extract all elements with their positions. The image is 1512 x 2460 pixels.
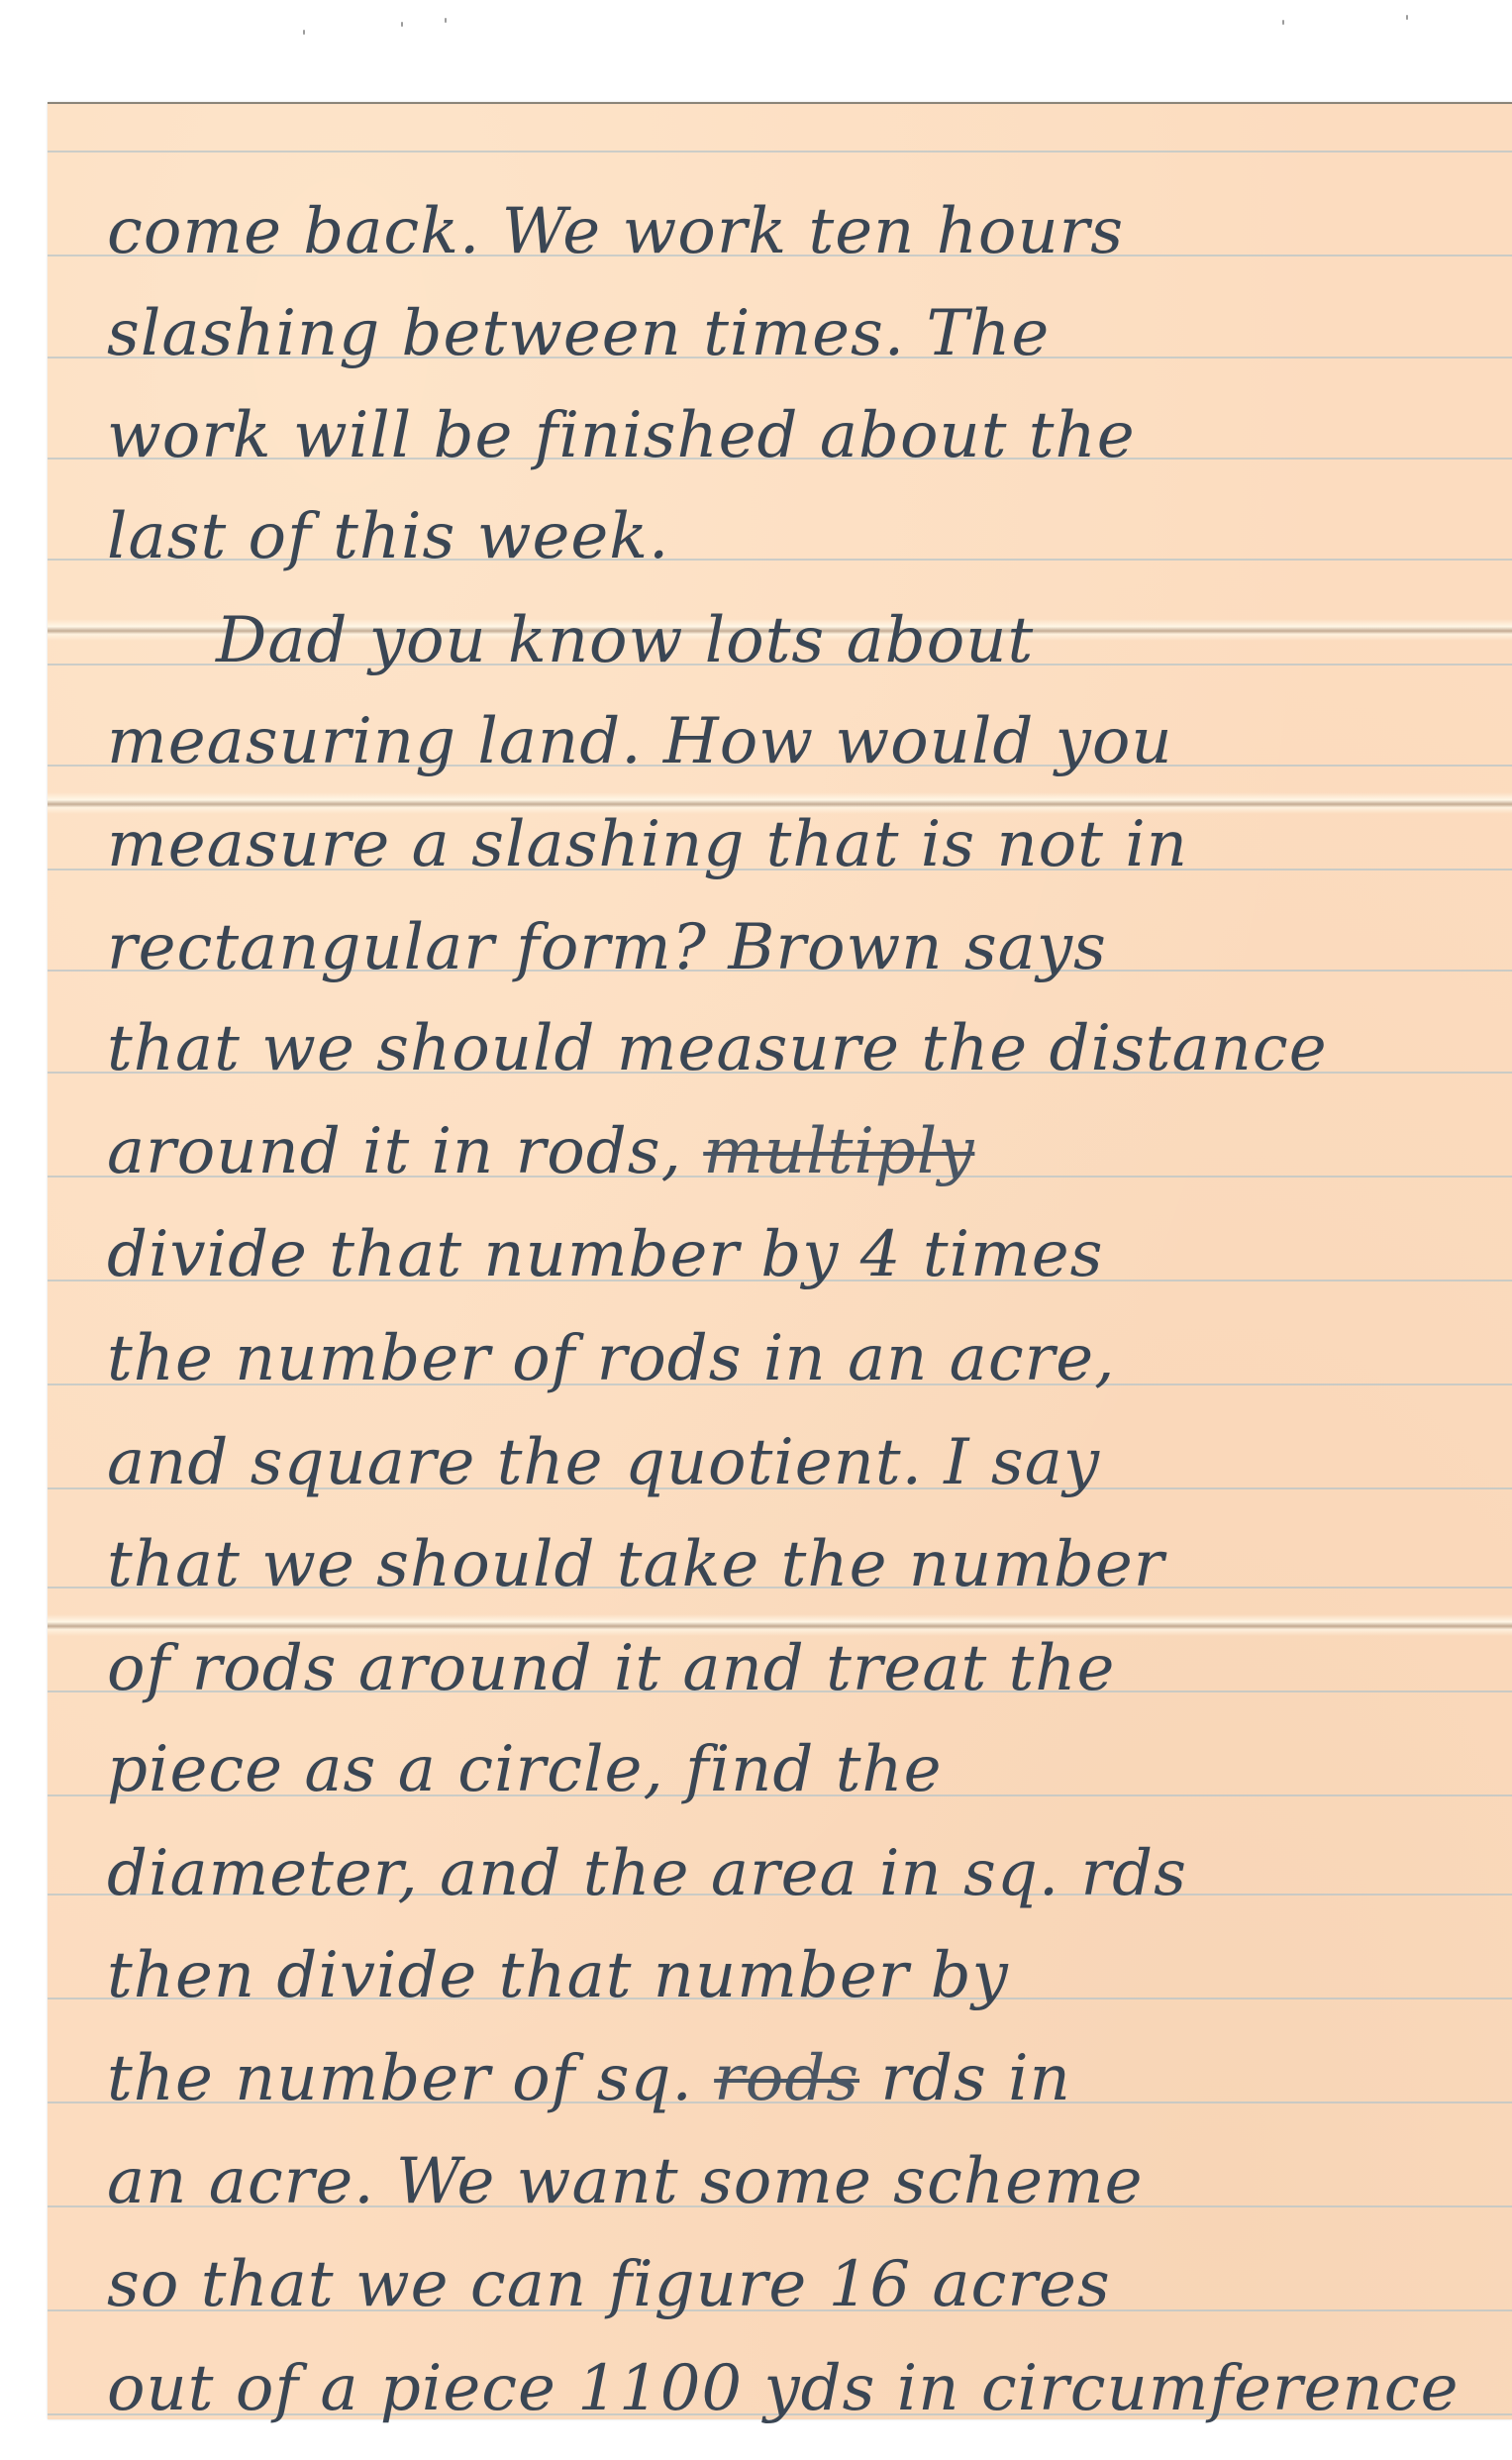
text-line: last of this week. [107, 505, 669, 568]
ruled-line [48, 151, 1512, 153]
text-segment: the number of sq. [107, 2042, 693, 2115]
scan-background-specks [0, 0, 1512, 99]
text-line: then divide that number by [107, 1944, 1009, 2007]
text-segment: around it in rods, [107, 1115, 682, 1188]
text-line: rectangular form? Brown says [107, 916, 1107, 979]
text-line: measuring land. How would you [107, 710, 1173, 773]
text-line: so that we can figure 16 acres [107, 2253, 1111, 2316]
text-line: the number of rods in an acre, [107, 1327, 1115, 1390]
text-line: that we should measure the distance [107, 1017, 1328, 1080]
struck-word: rods [714, 2042, 859, 2115]
text-line: piece as a circle, find the [107, 1738, 943, 1801]
text-line: the number of sq. rods rds in [107, 2047, 1071, 2110]
speck [1406, 15, 1408, 20]
text-line: Dad you know lots about [107, 609, 1034, 672]
text-line: out of a piece 1100 yds in circumference [107, 2357, 1459, 2420]
speck [445, 18, 447, 23]
struck-word: multiply [703, 1115, 974, 1188]
text-line: slashing between times. The [107, 302, 1050, 365]
text-line: of rods around it and treat the [107, 1637, 1115, 1700]
speck [401, 22, 403, 27]
speck [303, 30, 305, 35]
text-line: divide that number by 4 times [107, 1223, 1103, 1286]
text-segment: rds in [880, 2042, 1070, 2115]
speck [1282, 20, 1284, 25]
text-line: measure a slashing that is not in [107, 813, 1188, 876]
text-line: work will be finished about the [107, 404, 1136, 467]
text-line: and square the quotient. I say [107, 1431, 1100, 1494]
text-line: diameter, and the area in sq. rds [107, 1842, 1187, 1905]
letter-page: come back. We work ten hours slashing be… [48, 102, 1512, 2419]
text-line: come back. We work ten hours [107, 200, 1124, 263]
text-line: that we should take the number [107, 1533, 1164, 1596]
text-line: an acre. We want some scheme [107, 2150, 1144, 2213]
text-line: around it in rods, multiply [107, 1120, 974, 1183]
